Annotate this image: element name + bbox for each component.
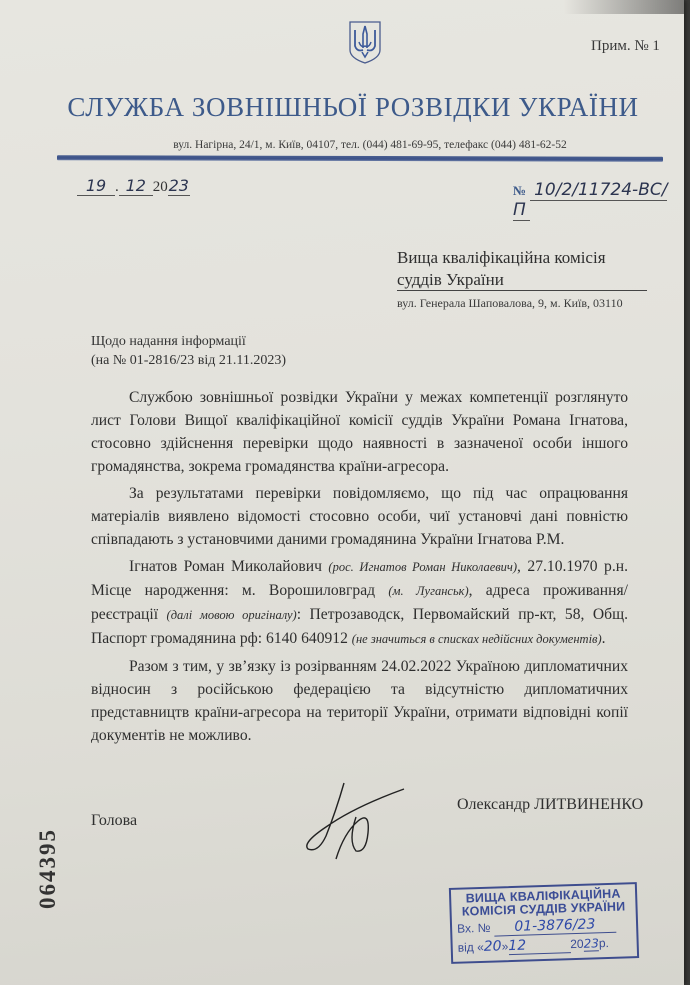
handwritten-signature-icon <box>296 781 406 861</box>
paragraph-4: Разом з тим, у зв’язку із розірванням 24… <box>91 655 628 747</box>
subject-line-2: (на № 01-2816/23 від 21.11.2023) <box>91 351 286 370</box>
registration-number: №10/2/11724-ВС/П <box>513 180 684 220</box>
side-serial-number: 064395 <box>35 828 61 909</box>
recipient-line-2: суддів України <box>397 269 606 291</box>
paragraph-1: Службою зовнішньої розвідки України у ме… <box>91 386 628 478</box>
subject-line-1: Щодо надання інформації <box>91 332 286 351</box>
organization-address: вул. Нагірна, 24/1, м. Київ, 04107, тел.… <box>0 139 690 151</box>
russian-name-note: (рос. Игнатов Роман Николаевич) <box>328 560 517 574</box>
stamp-incoming-number: 01-3876/23 <box>494 916 616 937</box>
signatory-role: Голова <box>91 812 137 830</box>
paragraph-2: За результатами перевірки повідомляємо, … <box>91 482 628 551</box>
original-language-note: (далі мовою оригіналу) <box>167 608 297 622</box>
signatory-name: Олександр ЛИТВИНЕНКО <box>457 796 643 814</box>
period: . <box>602 630 606 647</box>
stamp-year-label: р. <box>599 936 609 950</box>
document-page: Прим. № 1 СЛУЖБА ЗОВНІШНЬОЇ РОЗВІДКИ УКР… <box>0 0 684 985</box>
date-year-suffix: 23 <box>168 176 190 196</box>
stamp-incoming-label: Вх. № <box>457 921 491 936</box>
recipient-block: Вища кваліфікаційна комісія суддів Украї… <box>397 247 606 291</box>
date-month: 12 <box>119 176 153 196</box>
recipient-address: вул. Генерала Шаповалова, 9, м. Київ, 03… <box>397 296 623 311</box>
paragraph-3: Ігнатов Роман Миколайович (рос. Игнатов … <box>91 555 628 651</box>
stamp-year-suffix: 23 <box>583 936 599 951</box>
date-year-prefix: 20 <box>153 179 168 195</box>
letter-body: Службою зовнішньої розвідки України у ме… <box>91 386 628 751</box>
outgoing-date: 19.122023 <box>77 176 190 196</box>
registration-number-value: 10/2/11724-ВС/П <box>513 180 667 221</box>
stamp-month: 12 <box>508 936 571 955</box>
recipient-line-1: Вища кваліфікаційна комісія <box>397 247 606 269</box>
person-name: Ігнатов Роман Миколайович <box>129 558 328 575</box>
header-divider <box>57 155 663 162</box>
date-day: 19 <box>77 176 115 196</box>
city-note: (м. Луганськ) <box>388 584 468 598</box>
organization-title: СЛУЖБА ЗОВНІШНЬОЇ РОЗВІДКИ УКРАЇНИ <box>0 92 690 123</box>
number-sign: № <box>513 183 526 198</box>
incoming-registration-stamp: ВИЩА КВАЛІФІКАЦІЙНА КОМІСІЯ СУДДІВ УКРАЇ… <box>449 882 639 964</box>
stamp-date-row: від «20»122023р. <box>457 934 631 956</box>
subject-block: Щодо надання інформації (на № 01-2816/23… <box>91 332 286 370</box>
stamp-from-label: від « <box>458 940 484 955</box>
tryzub-coat-of-arms-icon <box>348 20 382 64</box>
annex-label: Прим. № 1 <box>591 38 660 55</box>
stamp-year-prefix: 20 <box>570 937 584 951</box>
recipient-divider <box>397 290 647 291</box>
stamp-day: 20 <box>484 938 502 955</box>
passport-validity-note: (не значиться в списках недійсних докуме… <box>352 632 602 646</box>
